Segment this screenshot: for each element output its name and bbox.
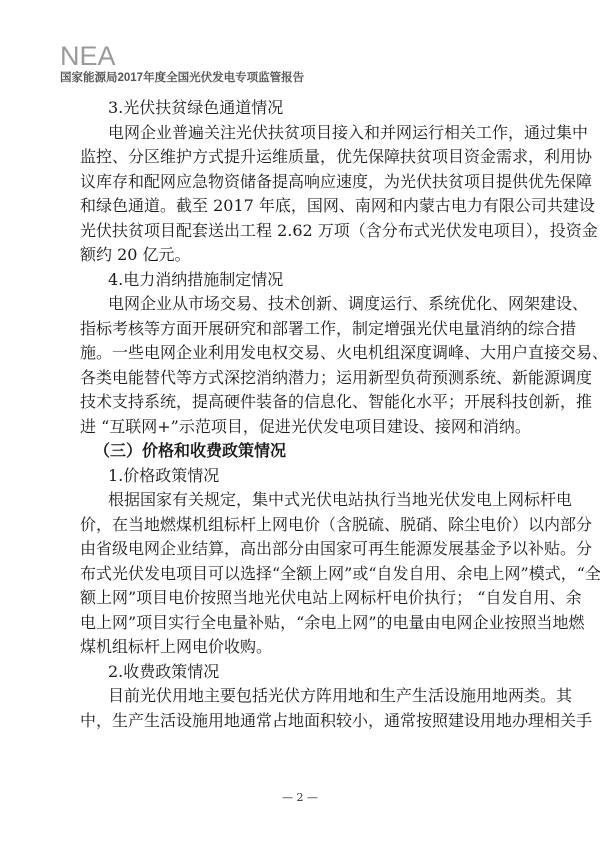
text-line: 电网企业普遍关注光伏扶贫项目接入和并网运行相关工作，通过集中 xyxy=(80,121,522,146)
document-header: NEA 国家能源局2017年度全国光伏发电专项监管报告 xyxy=(60,42,304,86)
text-line: 光伏扶贫项目配套送出工程 2.62 万项（含分布式光伏发电项目），投资金 xyxy=(80,219,522,244)
subsection-heading-4: 4.电力消纳措施制定情况 xyxy=(80,268,522,293)
nea-logo: NEA xyxy=(60,42,304,70)
text-line: 根据国家有关规定，集中式光伏电站执行当地光伏发电上网标杆电 xyxy=(80,488,522,513)
text-line: 中，生产生活设施用地通常占地面积较小，通常按照建设用地办理相关手 xyxy=(80,709,522,734)
text-line: 进 “互联网+”示范项目，促进光伏发电项目建设、接网和消纳。 xyxy=(80,415,522,440)
page-number: — 2 — xyxy=(0,791,600,804)
text-line: 价，在当地燃煤机组标杆上网电价（含脱硫、脱硝、除尘电价）以内部分 xyxy=(80,513,522,538)
text-line: 由省级电网企业结算，高出部分由国家可再生能源发展基金予以补贴。分 xyxy=(80,537,522,562)
text-line: 指标考核等方面开展研究和部署工作，制定增强光伏电量消纳的综合措 xyxy=(80,317,522,342)
text-line: 电上网”项目实行全电量补贴，“余电上网”的电量由电网企业按照当地燃 xyxy=(80,611,522,636)
text-line: 议库存和配网应急物资储备提高响应速度，为光伏扶贫项目提供优先保障 xyxy=(80,170,522,195)
subsection-heading-3: 3.光伏扶贫绿色通道情况 xyxy=(80,96,522,121)
text-line: 监控、分区维护方式提升运维质量，优先保障扶贫项目资金需求，利用协 xyxy=(80,145,522,170)
text-line: 目前光伏用地主要包括光伏方阵用地和生产生活设施用地两类。其 xyxy=(80,684,522,709)
text-line: 布式光伏发电项目可以选择“全额上网”或“自发自用、余电上网”模式，“全 xyxy=(80,562,522,587)
paragraph-consumption-measures: 电网企业从市场交易、技术创新、调度运行、系统优化、网架建设、 指标考核等方面开展… xyxy=(80,292,522,439)
paragraph-price-policy: 根据国家有关规定，集中式光伏电站执行当地光伏发电上网标杆电 价，在当地燃煤机组标… xyxy=(80,488,522,660)
paragraph-fee-policy: 目前光伏用地主要包括光伏方阵用地和生产生活设施用地两类。其 中，生产生活设施用地… xyxy=(80,684,522,733)
section-heading-part3: （三）价格和收费政策情况 xyxy=(80,439,522,464)
text-line: 技术支持系统，提高硬件装备的信息化、智能化水平；开展科技创新，推 xyxy=(80,390,522,415)
text-line: 和绿色通道。截至 2017 年底，国网、南网和内蒙古电力有限公司共建设 xyxy=(80,194,522,219)
paragraph-green-channel: 电网企业普遍关注光伏扶贫项目接入和并网运行相关工作，通过集中 监控、分区维护方式… xyxy=(80,121,522,268)
text-line: 各类电能替代等方式深挖消纳潜力；运用新型负荷预测系统、新能源调度 xyxy=(80,366,522,391)
subsection-heading-price-policy: 1.价格政策情况 xyxy=(80,464,522,489)
text-line: 施。一些电网企业利用发电权交易、火电机组深度调峰、大用户直接交易、 xyxy=(80,341,522,366)
subsection-heading-fee-policy: 2.收费政策情况 xyxy=(80,660,522,685)
text-line: 电网企业从市场交易、技术创新、调度运行、系统优化、网架建设、 xyxy=(80,292,522,317)
document-body: 3.光伏扶贫绿色通道情况 电网企业普遍关注光伏扶贫项目接入和并网运行相关工作，通… xyxy=(80,96,522,733)
text-line: 额上网”项目电价按照当地光伏电站上网标杆电价执行； “自发自用、余 xyxy=(80,586,522,611)
report-title: 国家能源局2017年度全国光伏发电专项监管报告 xyxy=(60,70,304,86)
text-line: 额约 20 亿元。 xyxy=(80,243,522,268)
text-line: 煤机组标杆上网电价收购。 xyxy=(80,635,522,660)
